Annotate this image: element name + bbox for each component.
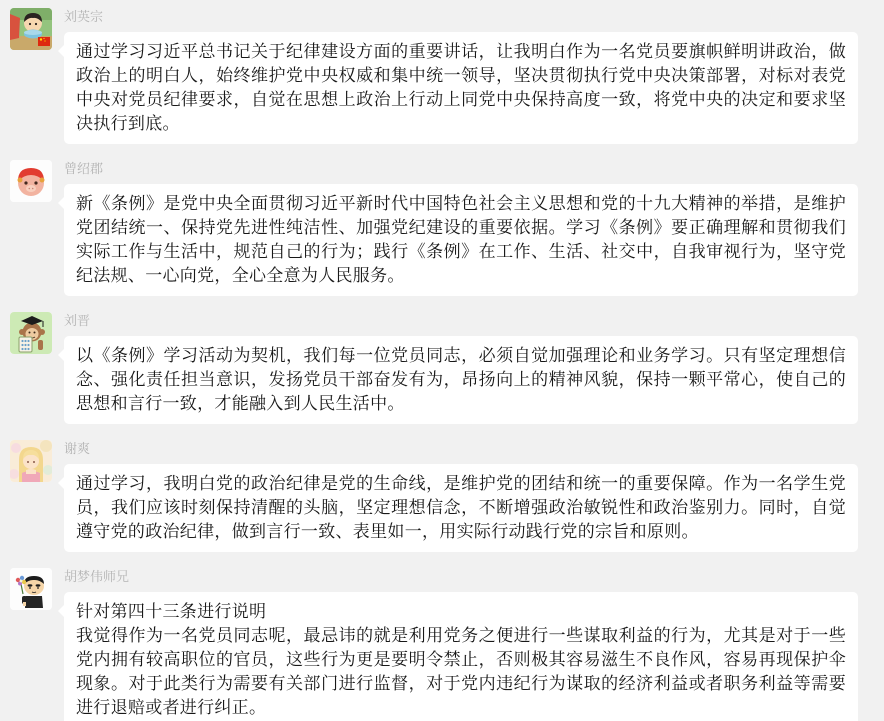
chat-message: 刘英宗 通过学习习近平总书记关于纪律建设方面的重要讲话，让我明白作为一名党员要旗…: [10, 8, 884, 144]
message-content: 曾绍郡 新《条例》是党中央全面贯彻习近平新时代中国特色社会主义思想和党的十九大精…: [64, 160, 858, 296]
chat-message: 胡梦伟师兄 针对第四十三条进行说明 我觉得作为一名党员同志呢，最忌讳的就是利用党…: [10, 568, 884, 721]
graduate-monkey-avatar[interactable]: [10, 312, 52, 354]
message-bubble: 以《条例》学习活动为契机，我们每一位党员同志，必须自觉加强理论和业务学习。只有坚…: [64, 336, 858, 424]
pig-hero-avatar[interactable]: [10, 160, 52, 202]
sender-name: 曾绍郡: [64, 160, 858, 178]
chat-message-list[interactable]: 刘英宗 通过学习习近平总书记关于纪律建设方面的重要讲话，让我明白作为一名党员要旗…: [0, 0, 884, 721]
message-content: 胡梦伟师兄 针对第四十三条进行说明 我觉得作为一名党员同志呢，最忌讳的就是利用党…: [64, 568, 858, 721]
message-bubble: 针对第四十三条进行说明 我觉得作为一名党员同志呢，最忌讳的就是利用党务之便进行一…: [64, 592, 858, 721]
sender-name: 刘晋: [64, 312, 858, 330]
chat-message: 曾绍郡 新《条例》是党中央全面贯彻习近平新时代中国特色社会主义思想和党的十九大精…: [10, 160, 884, 296]
boy-eating-avatar-icon: [10, 8, 52, 50]
message-content: 刘英宗 通过学习习近平总书记关于纪律建设方面的重要讲话，让我明白作为一名党员要旗…: [64, 8, 858, 144]
anime-girl-avatar-icon: [10, 440, 52, 482]
shinchan-flowers-avatar-icon: [10, 568, 52, 610]
message-bubble: 通过学习，我明白党的政治纪律是党的生命线，是维护党的团结和统一的重要保障。作为一…: [64, 464, 858, 552]
shinchan-flowers-avatar[interactable]: [10, 568, 52, 610]
chat-message: 刘晋 以《条例》学习活动为契机，我们每一位党员同志，必须自觉加强理论和业务学习。…: [10, 312, 884, 424]
sender-name: 谢爽: [64, 440, 858, 458]
boy-eating-avatar[interactable]: [10, 8, 52, 50]
pig-hero-avatar-icon: [10, 160, 52, 202]
anime-girl-avatar[interactable]: [10, 440, 52, 482]
chat-message: 谢爽 通过学习，我明白党的政治纪律是党的生命线，是维护党的团结和统一的重要保障。…: [10, 440, 884, 552]
message-bubble: 通过学习习近平总书记关于纪律建设方面的重要讲话，让我明白作为一名党员要旗帜鲜明讲…: [64, 32, 858, 144]
graduate-monkey-avatar-icon: [10, 312, 52, 354]
message-content: 谢爽 通过学习，我明白党的政治纪律是党的生命线，是维护党的团结和统一的重要保障。…: [64, 440, 858, 552]
message-bubble: 新《条例》是党中央全面贯彻习近平新时代中国特色社会主义思想和党的十九大精神的举措…: [64, 184, 858, 296]
sender-name: 刘英宗: [64, 8, 858, 26]
message-content: 刘晋 以《条例》学习活动为契机，我们每一位党员同志，必须自觉加强理论和业务学习。…: [64, 312, 858, 424]
sender-name: 胡梦伟师兄: [64, 568, 858, 586]
